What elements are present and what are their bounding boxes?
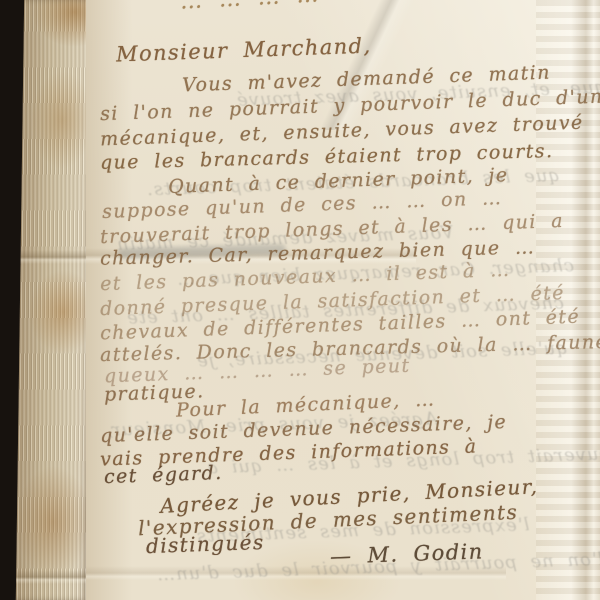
page-edge-fold-crease xyxy=(16,570,88,584)
page-edge-fold-crease xyxy=(21,250,93,264)
book-page-edges xyxy=(16,0,96,600)
letter-page: mécanique, et, ensuite, vous avez trouvé… xyxy=(86,0,600,600)
photo-background: mécanique, et, ensuite, vous avez trouvé… xyxy=(0,0,600,600)
letter-closing: distingués xyxy=(146,530,265,558)
letter-line: cet égard. xyxy=(104,462,223,488)
letter-salutation: Monsieur Marchand, xyxy=(116,34,372,67)
letter-dateline-fragment: … … … … xyxy=(179,0,320,15)
